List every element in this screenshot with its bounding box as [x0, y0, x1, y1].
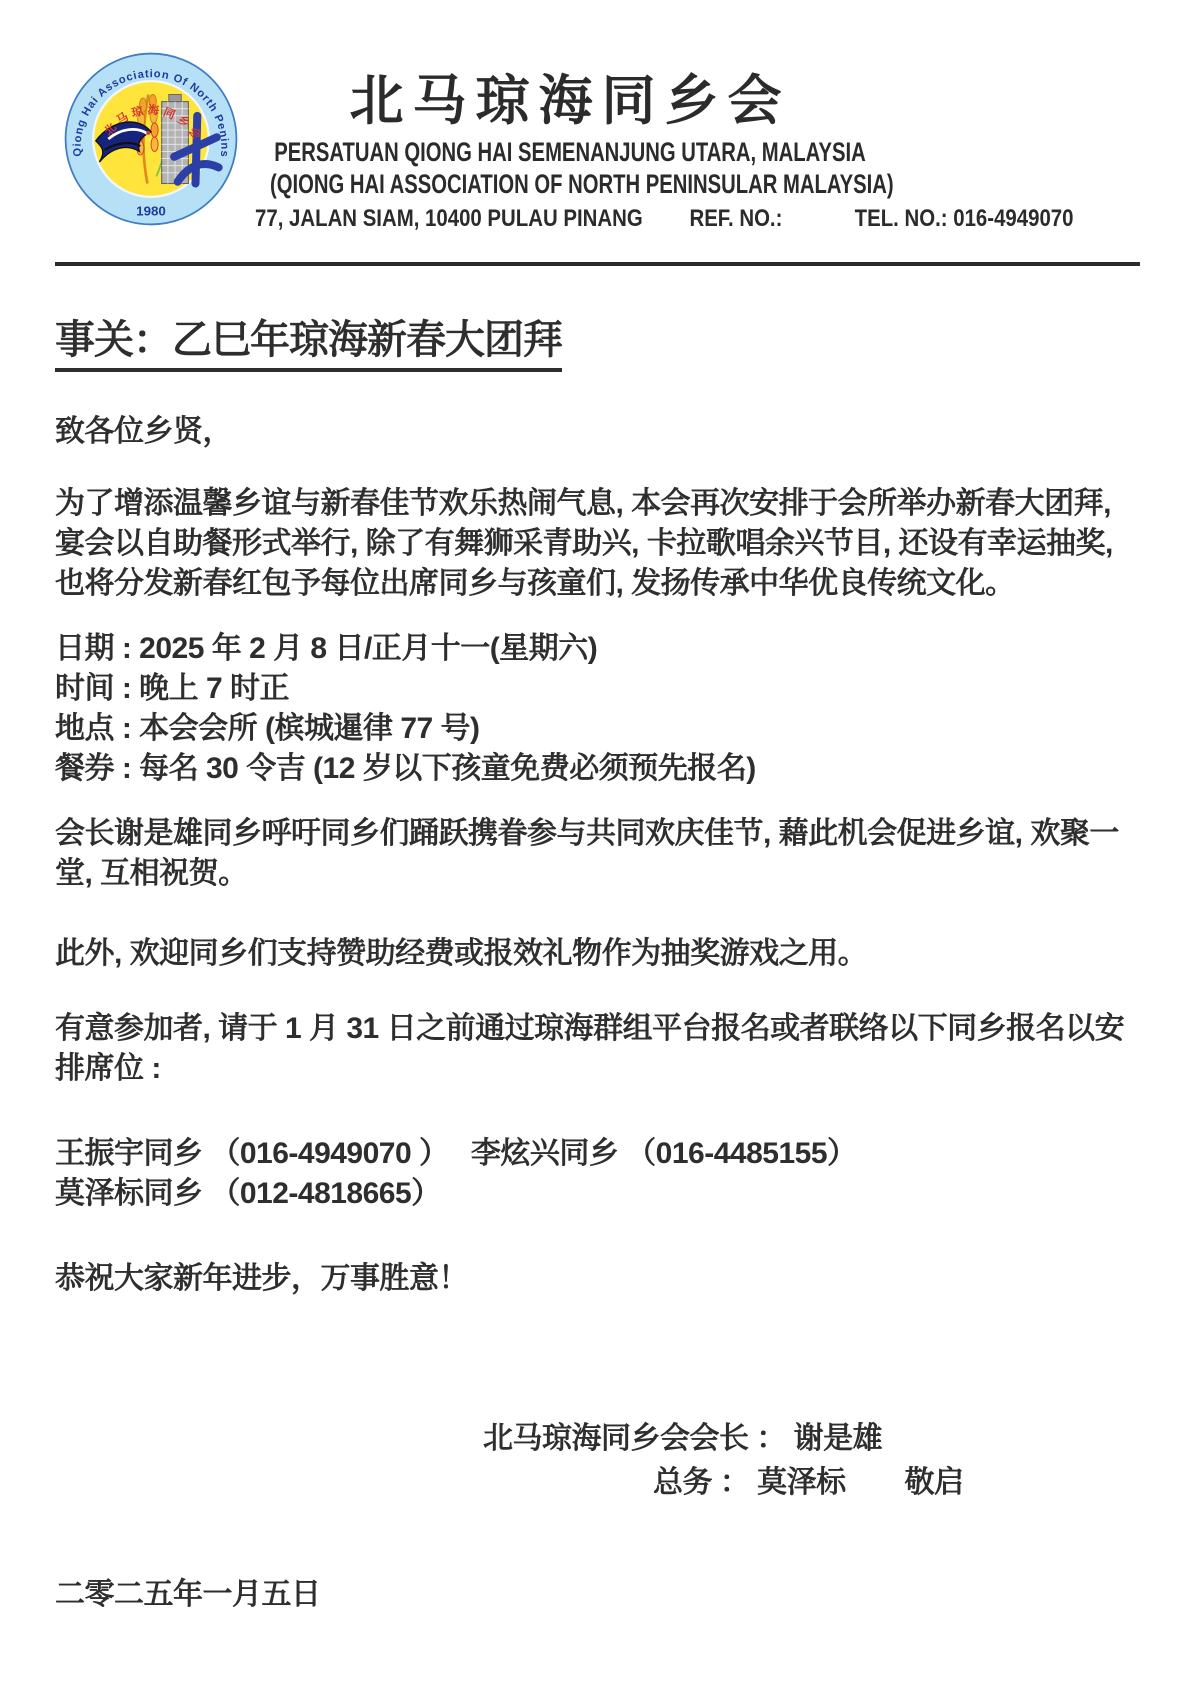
- closing-wishes: 恭祝大家新年进步，万事胜意！: [55, 1259, 1142, 1299]
- letterhead-divider: [55, 262, 1140, 266]
- signature-secretary: 总务 ： 莫泽标 敬启: [55, 1461, 1142, 1505]
- contact-line-2: 莫泽标同乡 （012-4818665）: [55, 1174, 1142, 1214]
- association-address: 77, JALAN SIAM, 10400 PULAU PINANG: [255, 205, 643, 233]
- association-name-english: (QIONG HAI ASSOCIATION OF NORTH PENINSUL…: [270, 169, 870, 200]
- subject-row: 事关：乙巳年琼海新春大团拜: [55, 308, 1142, 372]
- paragraph-president-appeal: 会长谢是雄同乡呼吁同乡们踊跃携眷参与共同欢庆佳节, 藉此机会促进乡谊, 欢聚一堂…: [55, 814, 1142, 894]
- detail-date: 日期 : 2025 年 2 月 8 日/正月十一(星期六): [55, 629, 1142, 669]
- letterhead-info-row: 77, JALAN SIAM, 10400 PULAU PINANG REF. …: [255, 205, 1073, 233]
- greeting: 致各位乡贤，: [55, 412, 1142, 452]
- association-title-cn: 北马琼海同乡会: [230, 58, 910, 135]
- letterhead: Qiong Hai Association Of North Peninsula…: [0, 0, 1190, 268]
- association-logo-graphic: Qiong Hai Association Of North Peninsula…: [62, 50, 240, 228]
- signature-block: 北马琼海同乡会会长 ： 谢是雄 总务 ： 莫泽标 敬启: [55, 1417, 1142, 1505]
- paragraph-event-intro: 为了增添温馨乡谊与新春佳节欢乐热闹气息, 本会再次安排于会所举办新春大团拜, 宴…: [55, 484, 1142, 604]
- letter-page: Qiong Hai Association Of North Peninsula…: [0, 0, 1190, 1683]
- ref-no-label: REF. NO.:: [689, 205, 782, 233]
- logo-year: 1980: [136, 204, 166, 219]
- association-logo: Qiong Hai Association Of North Peninsula…: [62, 50, 240, 228]
- letter-body: 事关：乙巳年琼海新春大团拜 致各位乡贤， 为了增添温馨乡谊与新春佳节欢乐热闹气息…: [0, 308, 1190, 1615]
- detail-ticket: 餐券 : 每名 30 令吉 (12 岁以下孩童免费必须预先报名): [55, 749, 1142, 789]
- signature-president: 北马琼海同乡会会长 ： 谢是雄: [55, 1417, 1142, 1461]
- detail-venue: 地点 : 本会会所 (槟城暹律 77 号): [55, 709, 1142, 749]
- association-name-malay: PERSATUAN QIONG HAI SEMENANJUNG UTARA, M…: [270, 137, 870, 168]
- paragraph-sponsorship: 此外, 欢迎同乡们支持赞助经费或报效礼物作为抽奖游戏之用。: [55, 934, 1142, 974]
- document-date: 二零二五年一月五日: [55, 1575, 1142, 1615]
- subject-line: 事关：乙巳年琼海新春大团拜: [55, 308, 562, 372]
- paragraph-registration: 有意参加者, 请于 1 月 31 日之前通过琼海群组平台报名或者联络以下同乡报名…: [55, 1009, 1142, 1089]
- tel-no: TEL. NO.: 016-4949070: [855, 205, 1074, 233]
- detail-time: 时间 : 晚上 7 时正: [55, 669, 1142, 709]
- event-details: 日期 : 2025 年 2 月 8 日/正月十一(星期六) 时间 : 晚上 7 …: [55, 629, 1142, 789]
- contact-list: 王振宇同乡 （016-4949070 ） 李炫兴同乡 （016-4485155）…: [55, 1134, 1142, 1214]
- contact-line-1: 王振宇同乡 （016-4949070 ） 李炫兴同乡 （016-4485155）: [55, 1134, 1142, 1174]
